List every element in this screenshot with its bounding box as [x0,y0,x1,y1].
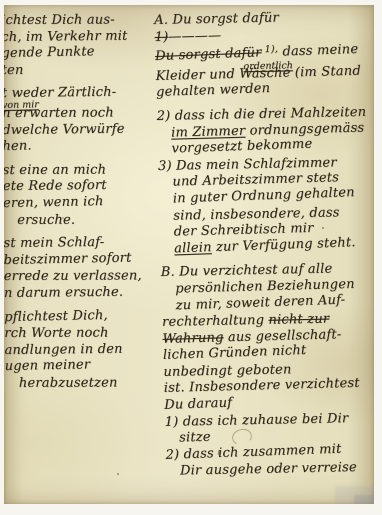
handwriting-line: hen. [4,136,159,156]
handwriting-text: beitszimmer sofort [4,250,132,267]
handwriting-text: Wahrung [162,330,223,347]
handwriting-line: n erwarten noch [4,105,158,122]
handwriting-line: errede zu verlassen, [4,269,160,286]
handwriting-text: st mein Schlaf- [4,235,104,251]
handwriting-text: dass meine [278,42,359,60]
handwriting-line: gende Punkte [4,43,158,63]
handwriting-text: sitze [179,430,211,446]
handwriting-line: ten [4,62,158,79]
handwriting-text: andlungen in den [4,341,122,357]
handwriting-text: 1) [154,29,168,44]
handwriting-text: lichen Gründen nicht [163,343,307,363]
ink-speck [62,217,64,219]
handwriting-text: 3) Das mein Schlafzimmer [158,155,337,174]
handwriting-text: sind, insbesondere, dass [173,205,340,223]
ink-speck [117,473,119,475]
handwriting-line: Dir ausgehe oder verreise [166,460,374,481]
handwriting-line: st eine an mich [4,162,159,179]
handwriting-text: herabzusetzen [19,375,118,390]
handwriting-text: rechterhaltung [162,313,269,330]
handwriting-text: ten [4,63,24,78]
handwriting-text: allein [174,240,212,256]
handwriting-text: hen. [4,139,32,155]
ink-speck [322,227,324,229]
handwriting-text: n erwarten noch [4,105,114,120]
handwriting-line: ichtest Dich aus- [4,12,157,29]
handwriting-text: n darum ersuche. [4,285,123,301]
handwriting-text: gende Punkte [4,44,95,61]
handwriting-text: unbedingt geboten [163,362,291,380]
handwriting-text: im Zimmer [171,123,246,140]
handwriting-line: rch Worte noch [4,325,160,342]
handwriting-text: A. Du sorgst dafür [154,10,279,28]
handwriting-text: dwelche Vorwürfe [4,121,125,137]
handwriting-text: Du darauf [164,396,232,413]
faint-stamp-smudge [354,495,374,504]
handwriting-line: eren, wenn ich [4,193,159,213]
handwriting-line: ersuche. [4,212,159,229]
handwriting-text: 2) dass ich die drei Mahlzeiten [157,105,367,124]
handwriting-text: 1), [261,44,278,56]
handwriting-line: ugen meiner [5,356,161,376]
handwriting-text: st eine an mich [4,162,106,177]
handwriting-text: ugen meiner [5,358,91,375]
left-column: ichtest Dich aus-ch, im Verkehr mitgende… [4,11,161,392]
handwriting-text: B. Du verzichtest auf alle [161,262,333,280]
handwriting-text: ———— [168,28,221,44]
handwriting-line: beitszimmer sofort [4,250,160,270]
handwriting-text: eren, wenn ich [4,194,104,211]
handwriting-text: ersuche. [17,212,75,227]
handwriting-text: errede zu verlassen, [4,269,142,285]
right-column: A. Du sorgst dafür1)————Du sorgst dafür … [154,7,374,481]
handwriting-text: rch Worte noch [4,326,108,341]
manuscript-paper: ichtest Dich aus-ch, im Verkehr mitgende… [4,5,374,504]
handwriting-text: 1) dass ich zuhause bei Dir [165,411,349,430]
handwriting-line: pflichtest Dich, [4,306,160,326]
ink-speck [356,127,358,129]
handwriting-text: ordentlich [243,60,293,72]
handwriting-text: ichtest Dich aus- [4,13,115,28]
handwriting-text: ch, im Verkehr mit [4,28,128,44]
handwriting-text: gehalten werden [156,81,271,100]
handwriting-text: ete Rede sofort [4,178,107,194]
handwriting-text: pflichtest Dich, [4,307,108,324]
handwriting-text: nicht zur [268,312,329,328]
handwriting-text: Dir ausgehe oder verreise [180,460,357,479]
handwriting-line: herabzusetzen [5,375,161,392]
handwriting-line: n darum ersuche. [4,284,160,302]
